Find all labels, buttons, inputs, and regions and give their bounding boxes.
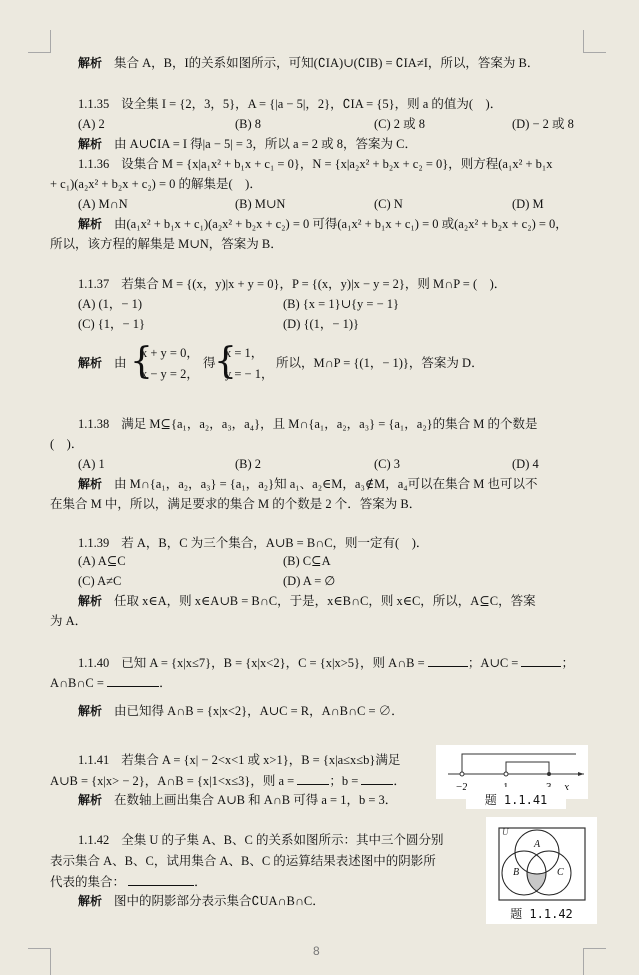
q1136-option-c: (C) N xyxy=(374,196,403,212)
analysis-label: 解析 xyxy=(78,793,102,807)
q1136-option-b: (B) M∪N xyxy=(235,196,285,212)
crop-mark-top-left xyxy=(28,30,51,53)
analysis-text: 任取 x∈A，则 x∈A∪B = B∩C，于是，x∈B∩C，则 x∈C，所以，A… xyxy=(114,594,536,608)
question-stem: 已知 A = {x|x≤7}，B = {x|x<2}，C = {x|x>5}，则… xyxy=(121,656,424,670)
question-stem: 若集合 M = {(x，y)|x + y = 0}，P = {(x，y)|x −… xyxy=(121,277,506,291)
question-number: 1.1.41 xyxy=(78,753,109,767)
answer-blank-3[interactable] xyxy=(107,674,159,687)
q1139-option-d: (D) A = ∅ xyxy=(283,573,335,589)
figure-1141-caption-box: 题 1.1.41 xyxy=(466,787,566,809)
crop-mark-bottom-left xyxy=(28,948,51,975)
label-a: A xyxy=(534,839,540,850)
answer-blank-b[interactable] xyxy=(361,772,393,785)
question-stem: ． xyxy=(194,875,207,889)
analysis-text: 集合 A，B，I的关系如图所示，可知(∁IA)∪(∁IB) = ∁IA≠I，所以… xyxy=(114,56,539,70)
q1139-analysis-line1: 解析任取 x∈A，则 x∈A∪B = B∩C，于是，x∈B∩C，则 x∈C，所以… xyxy=(78,593,536,609)
analysis-text: 由 xyxy=(114,356,127,370)
q1140-analysis: 解析由已知得 A∩B = {x|x<2}，A∪C = R，A∩B∩C = ∅． xyxy=(78,703,404,719)
analysis-text: 由 M∩{a₁，a₂，a₃} = {a₁，a₂}知 a₁、a₂∈M，a₃∉M，a… xyxy=(114,477,537,491)
answer-blank[interactable] xyxy=(128,873,194,886)
figure-1141-numberline xyxy=(436,745,588,785)
q1136-analysis-line1: 解析由(a₁x² + b₁x + c₁)(a₂x² + b₂x + c₂) = … xyxy=(78,216,568,232)
q1139-analysis-line2: 为 A． xyxy=(50,613,87,629)
q1140-stem-line1: 1.1.40已知 A = {x|x≤7}，B = {x|x<2}，C = {x|… xyxy=(78,654,574,671)
system1-eq2: x − y = 2， xyxy=(141,366,199,382)
label-u: U xyxy=(502,827,509,837)
q1137-option-b: (B) {x = 1}∪{y = − 1} xyxy=(283,296,399,312)
question-stem: A∪B = {x|x> − 2}，A∩B = {x|1<x≤3}，则 a = xyxy=(50,774,294,788)
q1141-analysis: 解析在数轴上画出集合 A∪B 和 A∩B 可得 a = 1，b = 3． xyxy=(78,792,397,808)
q1139-option-b: (B) C⊆A xyxy=(283,553,331,569)
crop-mark-top-right xyxy=(583,30,606,53)
q1142-analysis: 解析图中的阴影部分表示集合∁UA∩B∩C． xyxy=(78,893,325,909)
analysis-label: 解析 xyxy=(78,594,102,608)
question-stem: ． xyxy=(393,774,406,788)
analysis-prefix: 解析由 xyxy=(78,355,127,371)
question-stem: 若 A，B，C 为三个集合，A∪B = B∩C，则一定有( )． xyxy=(121,536,428,550)
q1142-stem-line2: 表示集合 A、B、C，试用集合 A、B、C 的运算结果表述图中的阴影所 xyxy=(50,853,436,869)
question-number: 1.1.35 xyxy=(78,97,109,111)
question-stem: 全集 U 的子集 A、B、C 的关系如图所示：其中三个圆分别 xyxy=(121,833,443,847)
analysis-text: 由(a₁x² + b₁x + c₁)(a₂x² + b₂x + c₂) = 0 … xyxy=(114,217,568,231)
q1138-option-b: (B) 2 xyxy=(235,456,261,472)
question-stem: ； xyxy=(561,656,574,670)
analysis-label: 解析 xyxy=(78,894,102,908)
q1137-option-c: (C) {1，− 1} xyxy=(78,316,145,332)
q1135-analysis: 解析由 A∪∁IA = I 得|a − 5| = 3，所以 a = 2 或 8，… xyxy=(78,136,417,152)
q1136-option-d: (D) M xyxy=(512,196,544,212)
q1142-stem-line1: 1.1.42全集 U 的子集 A、B、C 的关系如图所示：其中三个圆分别 xyxy=(78,832,443,848)
question-stem: 设全集 I = {2，3，5}，A = {|a − 5|，2}，∁IA = {5… xyxy=(121,97,502,111)
q1136-analysis-line2: 所以，该方程的解集是 M∪N，答案为 B． xyxy=(50,236,283,252)
analysis-label: 解析 xyxy=(78,477,102,491)
question-stem: 设集合 M = {x|a₁x² + b₁x + c₁ = 0}，N = {x|a… xyxy=(121,157,552,171)
figure-1142-venn: U A B C 题 1.1.42 xyxy=(486,817,597,924)
q1139-stem: 1.1.39若 A，B，C 为三个集合，A∪B = B∩C，则一定有( )． xyxy=(78,535,428,551)
q1141-stem-line2: A∪B = {x|x> − 2}，A∩B = {x|1<x≤3}，则 a = ；… xyxy=(50,772,406,789)
question-stem: A∩B∩C = xyxy=(50,676,104,690)
q1135-option-d: (D) − 2 或 8 xyxy=(512,116,574,132)
question-number: 1.1.38 xyxy=(78,417,109,431)
label-b: B xyxy=(513,867,519,878)
question-number: 1.1.40 xyxy=(78,656,109,670)
system2-eq2: y = − 1， xyxy=(225,366,273,382)
system1-eq1: x + y = 0， xyxy=(141,345,199,361)
answer-blank-2[interactable] xyxy=(521,654,561,667)
analysis-text: 由已知得 A∩B = {x|x<2}，A∪C = R，A∩B∩C = ∅． xyxy=(114,704,404,718)
q1138-stem-line2: ( )． xyxy=(50,436,83,452)
question-stem: 满足 M⊆{a₁，a₂，a₃，a₄}，且 M∩{a₁，a₂，a₃} = {a₁，… xyxy=(121,417,537,431)
q1142-stem-line3: 代表的集合： ． xyxy=(50,873,207,890)
q1137-option-d: (D) {(1，− 1)} xyxy=(283,316,359,332)
q1139-option-c: (C) A≠C xyxy=(78,573,121,589)
question-stem: 代表的集合： xyxy=(50,875,125,889)
analysis-label: 解析 xyxy=(78,137,102,151)
q1136-option-a: (A) M∩N xyxy=(78,196,128,212)
q1135-option-c: (C) 2 或 8 xyxy=(374,116,425,132)
answer-blank-1[interactable] xyxy=(428,654,468,667)
figure-caption: 题 1.1.41 xyxy=(466,791,566,808)
q1138-option-d: (D) 4 xyxy=(512,456,539,472)
question-stem: ． xyxy=(159,676,172,690)
analysis-label: 解析 xyxy=(78,217,102,231)
q1134-analysis: 解析集合 A，B，I的关系如图所示，可知(∁IA)∪(∁IB) = ∁IA≠I，… xyxy=(78,55,539,71)
number-line-diagram xyxy=(436,745,588,785)
q1138-analysis-line1: 解析由 M∩{a₁，a₂，a₃} = {a₁，a₂}知 a₁、a₂∈M，a₃∉M… xyxy=(78,476,537,492)
q1138-analysis-line2: 在集合 M 中，所以，满足要求的集合 M 的个数是 2 个．答案为 B． xyxy=(50,496,421,512)
q1141-stem-line1: 1.1.41若集合 A = {x| − 2<x<1 或 x>1}，B = {x|… xyxy=(78,752,400,768)
q1135-stem: 1.1.35设全集 I = {2，3，5}，A = {|a − 5|，2}，∁I… xyxy=(78,96,502,112)
question-stem: ；b = xyxy=(329,774,358,788)
question-number: 1.1.39 xyxy=(78,536,109,550)
crop-mark-bottom-right xyxy=(583,948,606,975)
q1138-option-c: (C) 3 xyxy=(374,456,400,472)
q1137-option-a: (A) (1，− 1) xyxy=(78,296,142,312)
system2-eq1: x = 1， xyxy=(225,345,263,361)
q1135-option-b: (B) 8 xyxy=(235,116,261,132)
question-stem: ；A∪C = xyxy=(468,656,519,670)
q1135-option-a: (A) 2 xyxy=(78,116,105,132)
question-stem: 若集合 A = {x| − 2<x<1 或 x>1}，B = {x|a≤x≤b}… xyxy=(121,753,400,767)
q1137-stem: 1.1.37若集合 M = {(x，y)|x + y = 0}，P = {(x，… xyxy=(78,276,506,292)
analysis-label: 解析 xyxy=(78,704,102,718)
q1136-stem-line1: 1.1.36设集合 M = {x|a₁x² + b₁x + c₁ = 0}，N … xyxy=(78,156,552,172)
question-number: 1.1.37 xyxy=(78,277,109,291)
label-c: C xyxy=(557,867,564,878)
analysis-text: 在数轴上画出集合 A∪B 和 A∩B 可得 a = 1，b = 3． xyxy=(114,793,397,807)
figure-caption: 题 1.1.42 xyxy=(486,905,597,922)
q1138-stem-line1: 1.1.38满足 M⊆{a₁，a₂，a₃，a₄}，且 M∩{a₁，a₂，a₃} … xyxy=(78,416,538,432)
analysis-label: 解析 xyxy=(78,56,102,70)
analysis-text: 由 A∪∁IA = I 得|a − 5| = 3，所以 a = 2 或 8，答案… xyxy=(114,137,417,151)
analysis-suffix: 所以，M∩P = {(1，− 1)}，答案为 D． xyxy=(276,355,484,371)
analysis-text: 图中的阴影部分表示集合∁UA∩B∩C． xyxy=(114,894,325,908)
q1139-option-a: (A) A⊆C xyxy=(78,553,126,569)
question-number: 1.1.36 xyxy=(78,157,109,171)
question-number: 1.1.42 xyxy=(78,833,109,847)
answer-blank-a[interactable] xyxy=(297,772,329,785)
q1140-stem-line2: A∩B∩C = ． xyxy=(50,674,172,691)
q1138-option-a: (A) 1 xyxy=(78,456,105,472)
page-number: 8 xyxy=(313,944,320,958)
q1136-stem-line2: + c₁)(a₂x² + b₂x + c₂) = 0 的解集是( )． xyxy=(50,176,262,192)
analysis-label: 解析 xyxy=(78,356,102,370)
